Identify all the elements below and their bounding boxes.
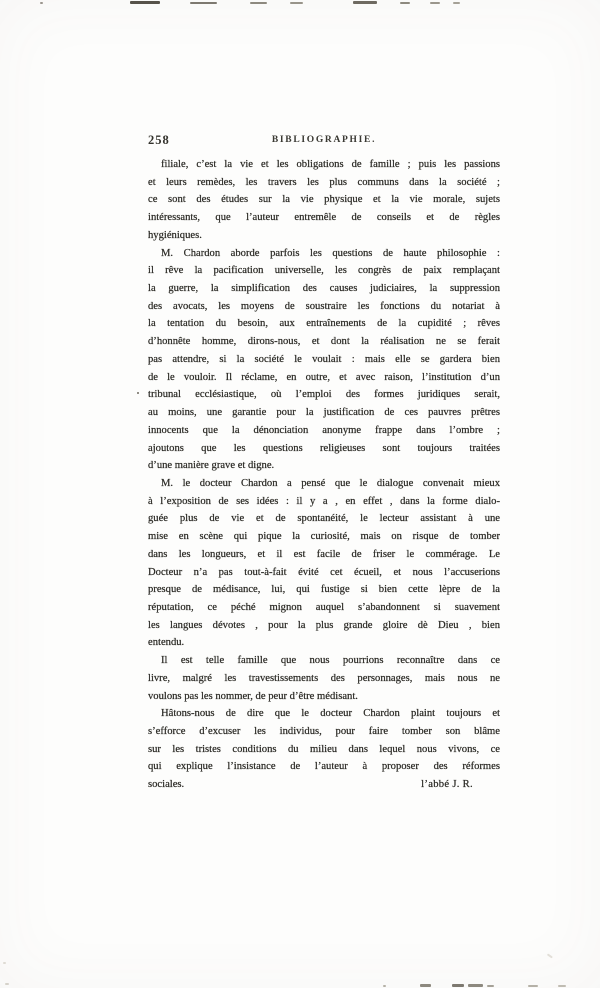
text-line: Hâtons-nous de dire que le docteur Chard… xyxy=(148,705,500,723)
text-line: qui explique l’insistance de l’auteur à … xyxy=(148,758,500,776)
page-header: 258 BIBLIOGRAPHIE. xyxy=(148,133,500,148)
text-line: mise en scène qui pique la curiosité, ma… xyxy=(148,528,500,546)
scan-artifact-dot xyxy=(137,392,139,394)
text-line: entendu. xyxy=(148,634,500,652)
text-line: réputation, ce péché mignon auquel s’aba… xyxy=(148,599,500,617)
text-line: voulons pas les nommer, de peur d’être m… xyxy=(148,688,500,706)
text-line: des avocats, les moyens de soustraire le… xyxy=(148,298,500,316)
scan-artifact-dash xyxy=(40,2,43,4)
text-line: Il est telle famille que nous pourrions … xyxy=(148,652,500,670)
scan-artifact-dash xyxy=(452,984,464,987)
scan-artifact-dash xyxy=(420,984,431,987)
page-number: 258 xyxy=(148,133,170,148)
text-line: la tentation du besoin, aux entraînement… xyxy=(148,315,500,333)
text-line: de le vouloir. Il réclame, en outre, et … xyxy=(148,369,500,387)
text-line: guée plus de vie et de spontanéité, le l… xyxy=(148,510,500,528)
scan-artifact-dash xyxy=(400,2,410,4)
scan-artifact-dash xyxy=(190,2,217,4)
scan-artifact-dash xyxy=(468,984,483,987)
closing-line: sociales. l’abbé J. R. xyxy=(148,776,500,794)
text-line: sur les tristes conditions du milieu dan… xyxy=(148,741,500,759)
text-block: filiale, c’est la vie et les obligations… xyxy=(148,156,500,794)
scan-artifact-dash xyxy=(353,1,377,4)
text-line: ajoutons que les questions religieuses s… xyxy=(148,440,500,458)
book-page: 258 BIBLIOGRAPHIE. filiale, c’est la vie… xyxy=(0,0,600,988)
text-line: la guerre, la simplification des causes … xyxy=(148,280,500,298)
scan-artifact-dash xyxy=(528,985,538,987)
paragraphs-host: filiale, c’est la vie et les obligations… xyxy=(148,156,500,776)
text-line: dans les longueurs, et il est facile de … xyxy=(148,546,500,564)
text-line: tribunal ecclésiastique, où l’emploi des… xyxy=(148,386,500,404)
text-line: pas attendre, si la société le voulait :… xyxy=(148,351,500,369)
scan-artifact-dash xyxy=(558,985,566,987)
text-line: presque de médisance, lui, qui fustige s… xyxy=(148,581,500,599)
text-line: filiale, c’est la vie et les obligations… xyxy=(148,156,500,174)
text-line: au moins, une garantie pour la justifica… xyxy=(148,404,500,422)
scan-artifact-dash xyxy=(487,985,494,987)
scan-artifact-dash xyxy=(383,985,386,987)
scan-artifact-dash xyxy=(453,2,460,4)
text-line: livre, malgré les travestissements des p… xyxy=(148,670,500,688)
text-line: M. Chardon aborde parfois les questions … xyxy=(148,245,500,263)
text-line: d’honnête homme, dirons-nous, et dont la… xyxy=(148,333,500,351)
text-line: les langues dévotes , pour la plus grand… xyxy=(148,617,500,635)
text-line: à l’exposition de ses idées : il y a , e… xyxy=(148,493,500,511)
text-line: innocents que la dénonciation anonyme fr… xyxy=(148,422,500,440)
scan-artifact-dash xyxy=(250,2,267,4)
text-line: s’efforce d’excuser les individus, pour … xyxy=(148,723,500,741)
scan-artifact-speck xyxy=(547,953,553,958)
closing-word: sociales. xyxy=(148,776,184,794)
scan-artifact-speck xyxy=(5,983,9,985)
text-line: d’une manière grave et digne. xyxy=(148,457,500,475)
text-line: Docteur n’a pas tout-à-fait évité cet éc… xyxy=(148,564,500,582)
scan-artifact-dash xyxy=(130,1,160,4)
scan-artifact-speck xyxy=(3,962,6,964)
running-title: BIBLIOGRAPHIE. xyxy=(148,133,500,145)
text-line: intéressants, que l’auteur entremêle de … xyxy=(148,209,500,227)
author-signature: l’abbé J. R. xyxy=(421,776,500,794)
scan-artifact-dash xyxy=(290,2,303,4)
text-line: ce sont des études sur la vie physique e… xyxy=(148,191,500,209)
text-line: il rêve la pacification universelle, les… xyxy=(148,262,500,280)
scan-artifact-dash xyxy=(430,2,440,4)
text-line: M. le docteur Chardon a pensé que le dia… xyxy=(148,475,500,493)
text-line: et leurs remèdes, les travers les plus c… xyxy=(148,174,500,192)
text-line: hygiéniques. xyxy=(148,227,500,245)
